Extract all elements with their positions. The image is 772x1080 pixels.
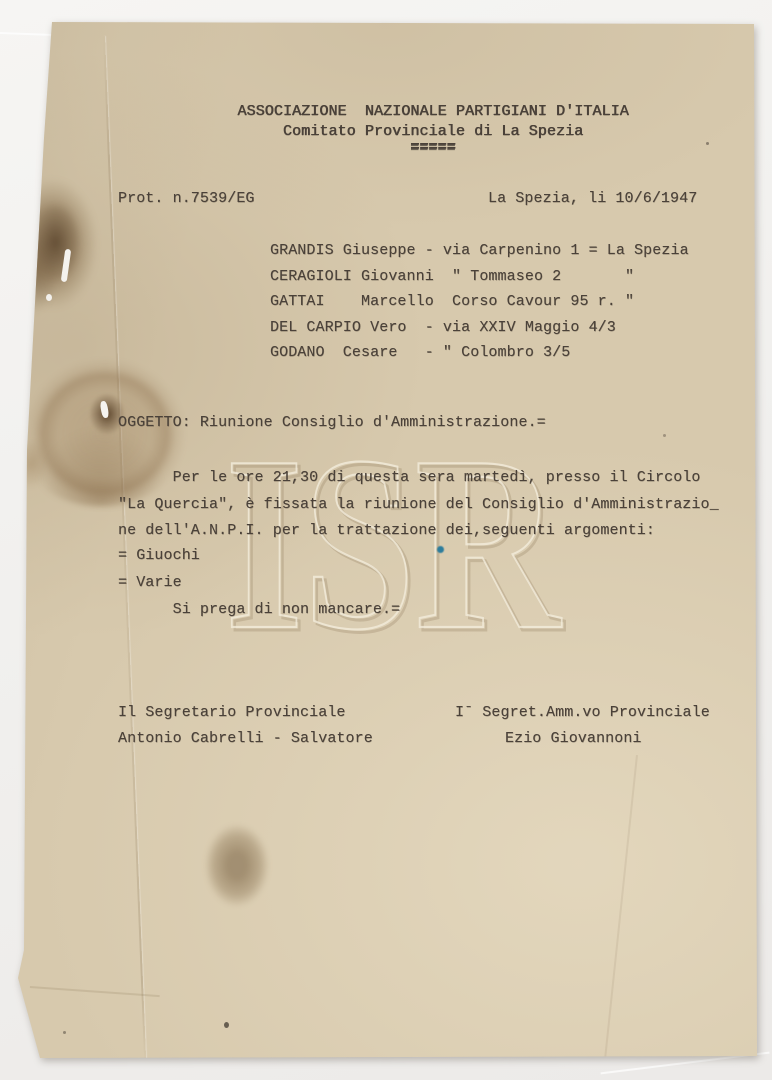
recipient-line: GRANDIS Giuseppe - via Carpenino 1 = La … [270, 237, 689, 264]
body-line: Si prega di non mancare.= [118, 596, 400, 623]
header-separator: ===== [118, 134, 748, 161]
dirt-speck [706, 142, 709, 145]
protocol-number: Prot. n.7539/EG [118, 185, 255, 212]
signature-left-name: Antonio Cabrelli - Salvatore [118, 725, 373, 752]
subject-line: OGGETTO: Riunione Consiglio d'Amministra… [118, 409, 546, 436]
signature-right-title: Iˉ Segret.Amm.vo Provinciale [455, 699, 710, 726]
body-line: Per le ore 21,30 di questa sera martedì,… [118, 464, 701, 491]
paper-shadow-wrapper: ISR ISR ASSOCIAZIONE NAZIONALE PARTIGIAN… [0, 0, 772, 1080]
body-line: ne dell'A.N.P.I. per la trattazione dei,… [118, 517, 655, 544]
dirt-speck [224, 1022, 229, 1028]
paper-hole [46, 294, 52, 301]
paper-hole [61, 249, 72, 283]
signature-right-name: Ezio Giovannoni [505, 725, 642, 752]
dirt-speck [663, 434, 666, 437]
recipient-line: GATTAI Marcello Corso Cavour 95 r. " [270, 288, 634, 315]
dirt-speck [63, 1031, 66, 1034]
recipient-line: GODANO Cesare - " Colombro 3/5 [270, 339, 570, 366]
fold-crease [602, 755, 638, 1080]
recipient-line: DEL CARPIO Vero - via XXIV Maggio 4/3 [270, 314, 616, 341]
body-line: = Giuochi [118, 542, 200, 569]
stain-upper-left [6, 178, 98, 310]
body-line: = Varie [118, 569, 182, 596]
recipient-line: CERAGIOLI Giovanni " Tommaseo 2 " [270, 263, 634, 290]
stain-upper-left-core [30, 200, 82, 284]
stain-bottom [200, 818, 274, 913]
paper-hole [100, 401, 110, 419]
blue-ink-dot [437, 546, 444, 553]
place-dateline: La Spezia, li 10/6/1947 [488, 185, 697, 212]
stain-upper-left [0, 225, 62, 320]
fold-crease [30, 986, 160, 997]
signature-left-title: Il Segretario Provinciale [118, 699, 346, 726]
body-line: "La Quercia", è fissata la riunione del … [118, 491, 719, 518]
document-scan-paper: ISR ISR ASSOCIAZIONE NAZIONALE PARTIGIAN… [0, 0, 772, 1080]
scanner-background: { "document": { "header": { "line1": "AS… [0, 0, 772, 1080]
stain-mid-left-edge [12, 438, 50, 490]
